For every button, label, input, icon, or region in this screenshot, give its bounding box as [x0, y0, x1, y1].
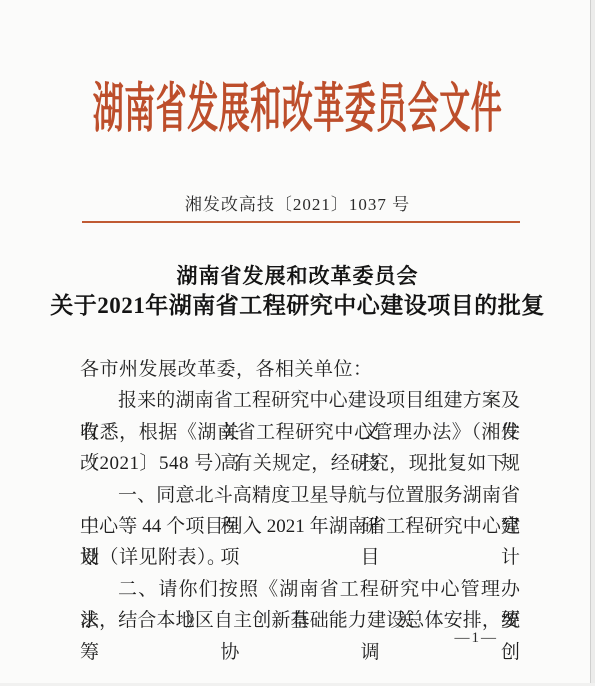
body-line: 〔2021〕548 号）有关规定，经研究，现批复如下： [80, 448, 520, 479]
document-body: 各市州发展改革委，各相关单位： 报来的湖南省工程研究中心建设项目组建方案及有关文… [80, 354, 520, 637]
red-separator-rule [82, 221, 520, 223]
body-line: 收悉，根据《湖南省工程研究中心管理办法》（湘发改高技规 [80, 417, 520, 448]
scan-edge-shadow-right [590, 0, 595, 686]
document-reference-number: 湘发改高技〔2021〕1037 号 [0, 190, 595, 215]
scanned-official-document: 湖南省发展和改革委员会文件 湘发改高技〔2021〕1037 号 湖南省发展和改革… [0, 0, 595, 686]
letterhead: 湖南省发展和改革委员会文件 [0, 80, 595, 113]
page-number: —1— [0, 630, 498, 647]
body-line: 中心等 44 个项目列入 2021 年湖南省工程研究中心建设项目计 [80, 511, 520, 542]
salutation-line: 各市州发展改革委，各相关单位： [80, 354, 520, 385]
body-line: 报来的湖南省工程研究中心建设项目组建方案及有关文件 [80, 385, 520, 416]
document-title: 湖南省发展和改革委员会 关于2021年湖南省工程研究中心建设项目的批复 [0, 262, 595, 322]
document-title-line2: 关于2021年湖南省工程研究中心建设项目的批复 [0, 290, 595, 322]
body-line-item-1: 一、同意北斗高精度卫星导航与位置服务湖南省工程研究 [80, 480, 520, 511]
body-line-item-2: 二、请你们按照《湖南省工程研究中心管理办法》有关要 [80, 574, 520, 605]
letterhead-title: 湖南省发展和改革委员会文件 [93, 80, 503, 137]
document-title-line1: 湖南省发展和改革委员会 [0, 262, 595, 290]
